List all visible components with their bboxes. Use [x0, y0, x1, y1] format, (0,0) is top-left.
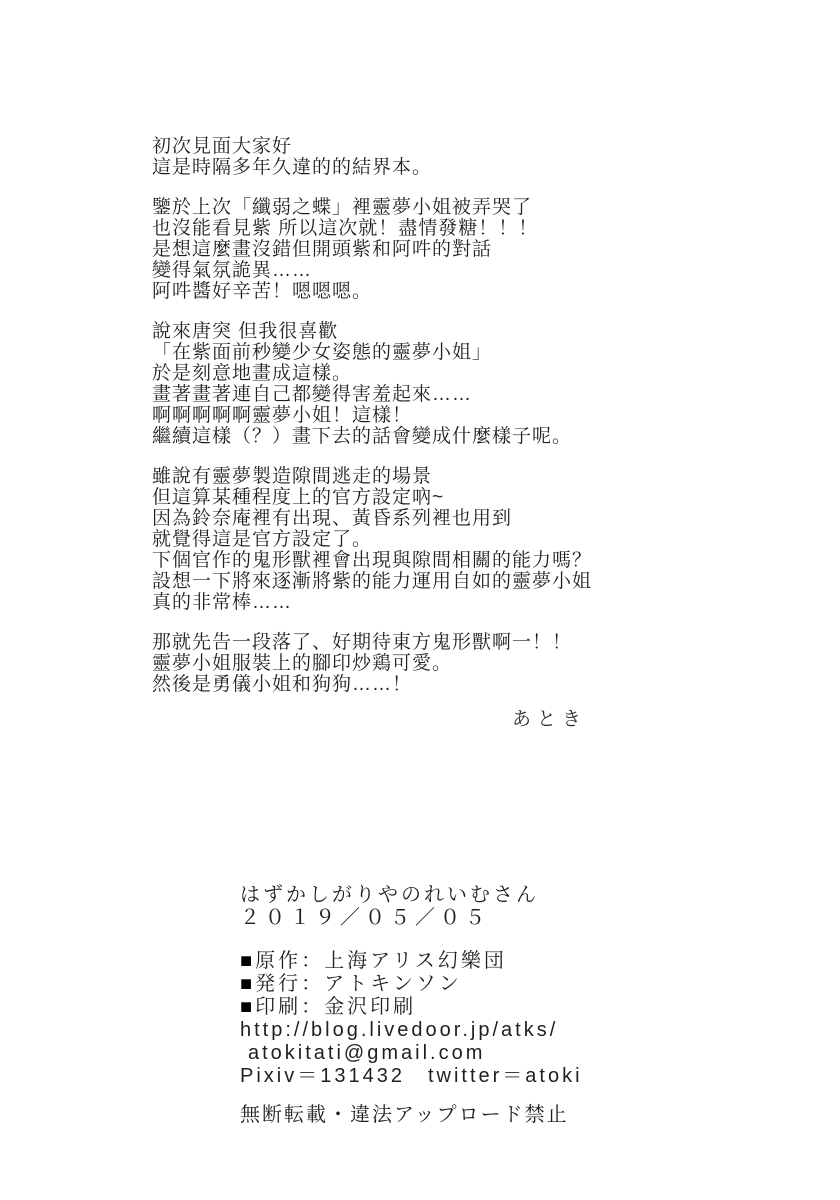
square-bullet-icon: ■ [240, 973, 255, 995]
credit-row-publisher: ■発行：アトキンソン [240, 973, 583, 996]
piracy-prohibition-notice: 無断転載・違法アップロード禁止 [240, 1104, 583, 1127]
colophon-credits: ■原作：上海アリス幻樂団 ■発行：アトキンソン ■印刷：金沢印刷 http://… [240, 950, 583, 1088]
author-signature: あとき [512, 704, 587, 731]
afterword-paragraph-greeting: 初次見面大家好 這是時隔多年久違的的結界本。 [152, 136, 792, 178]
contact-email: atokitati@gmail.com [248, 1042, 583, 1065]
afterword-paragraph-reimu-pose: 說來唐突 但我很喜歡 「在紫面前秒變少女姿態的靈夢小姐」 於是刻意地畫成這樣。 … [152, 321, 792, 447]
credit-text-printer: 印刷：金沢印刷 [255, 996, 416, 1018]
afterword-paragraph-closing: 那就先告一段落了、好期待東方鬼形獸啊一！！ 靈夢小姐服裝上的腳印炒鶏可愛。 然後… [152, 632, 792, 695]
credit-row-printer: ■印刷：金沢印刷 [240, 996, 583, 1019]
afterword-paragraph-gap-lore: 雖說有靈夢製造隙間逃走的場景 但這算某種程度上的官方設定吶~ 因為鈴奈庵裡有出現… [152, 466, 792, 613]
credit-text-publisher: 発行：アトキンソン [255, 973, 462, 995]
afterword-text-block: 初次見面大家好 這是時隔多年久違的的結界本。 鑒於上次「纖弱之蝶」裡靈夢小姐被弄… [152, 136, 792, 714]
publication-date: ２０１９／０５／０５ [240, 907, 583, 930]
contact-social-ids: Pixiv＝131432 twitter＝atoki [240, 1065, 583, 1088]
credit-text-original: 原作：上海アリス幻樂団 [255, 950, 507, 972]
colophon-block: はずかしがりやのれいむさん ２０１９／０５／０５ ■原作：上海アリス幻樂団 ■発… [240, 884, 583, 1127]
scanned-afterword-page: 初次見面大家好 這是時隔多年久違的的結界本。 鑒於上次「纖弱之蝶」裡靈夢小姐被弄… [0, 0, 840, 1200]
square-bullet-icon: ■ [240, 950, 255, 972]
afterword-paragraph-previous-book: 鑒於上次「纖弱之蝶」裡靈夢小姐被弄哭了 也沒能看見紫 所以這次就！盡情發糖！！！… [152, 197, 792, 302]
square-bullet-icon: ■ [240, 996, 255, 1018]
contact-blog-url: http://blog.livedoor.jp/atks/ [240, 1019, 583, 1042]
credit-row-original: ■原作：上海アリス幻樂団 [240, 950, 583, 973]
book-title: はずかしがりやのれいむさん [240, 884, 583, 907]
